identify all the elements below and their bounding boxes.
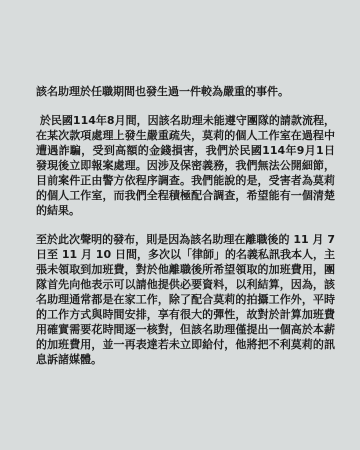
statement-paragraph-fraud-case: 於民國114年8月間，因該名助理未能遵守團隊的請款流程，在某次款項處理上發生嚴重…	[36, 113, 335, 218]
statement-page: 該名助理於任職期間也發生過一件較為嚴重的事件。 於民國114年8月間，因該名助理…	[0, 0, 360, 450]
statement-paragraph-overtime-dispute: 至於此次聲明的發布，則是因為該名助理在離職後的 11 月 7 日至 11 月 1…	[36, 232, 335, 367]
statement-paragraph-incident-intro: 該名助理於任職期間也發生過一件較為嚴重的事件。	[36, 84, 335, 99]
statement-text: 該名助理於任職期間也發生過一件較為嚴重的事件。 於民國114年8月間，因該名助理…	[36, 84, 335, 367]
